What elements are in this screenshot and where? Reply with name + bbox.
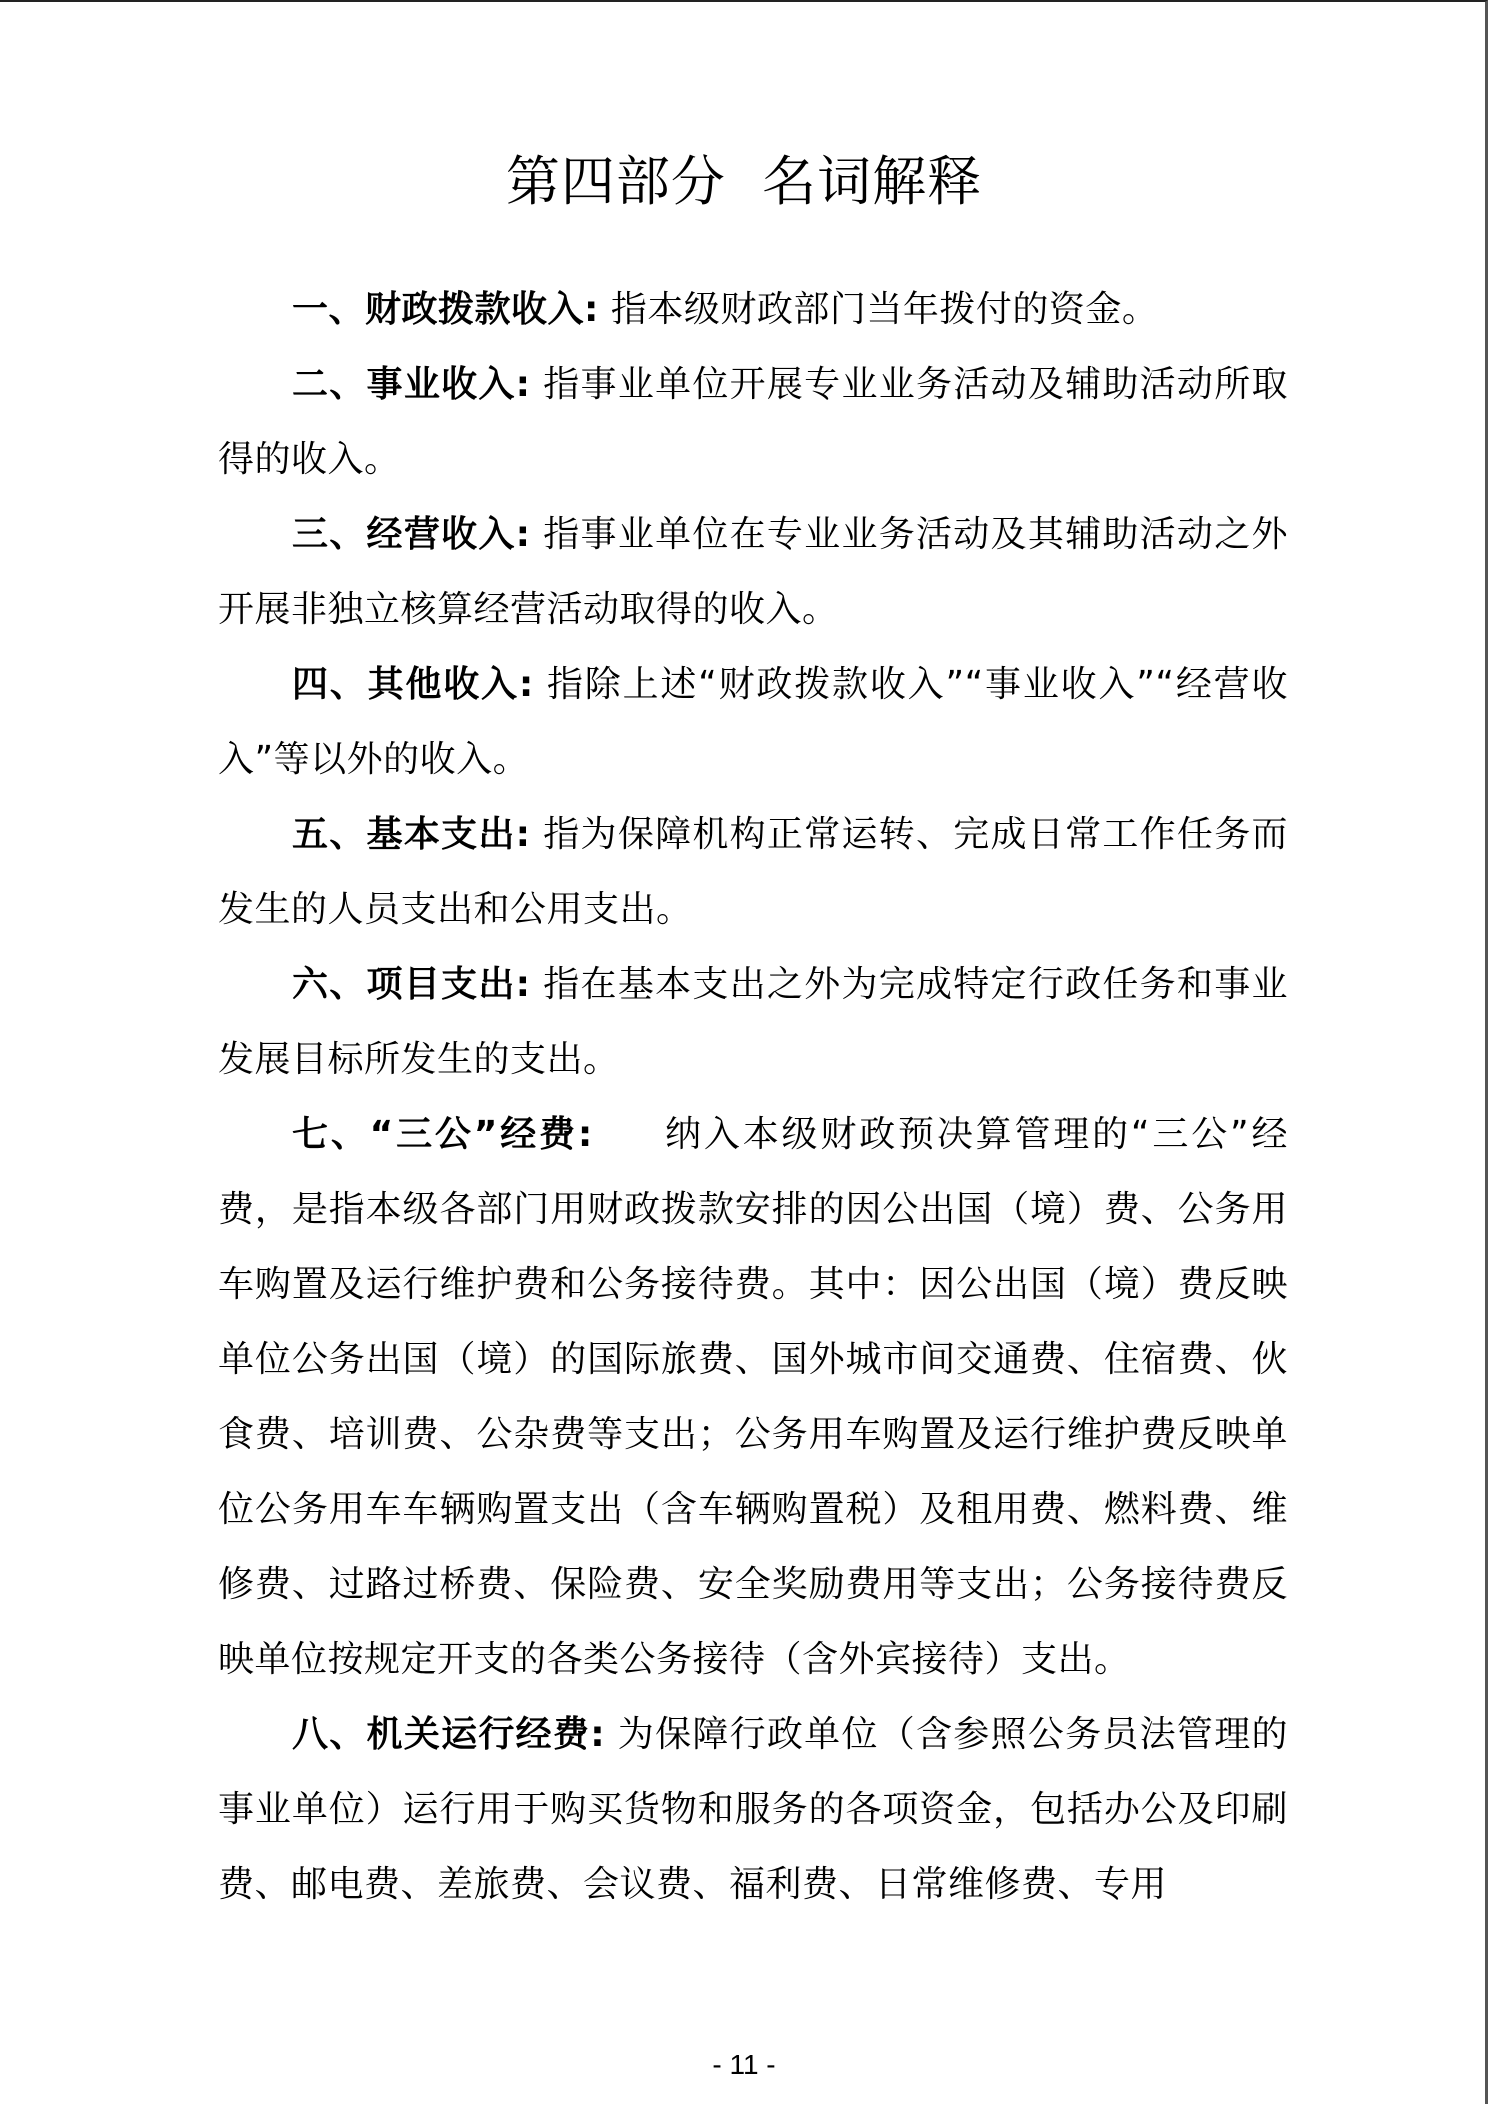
definition-item-1: 一、财政拨款收入: 指本级财政部门当年拨付的资金。 <box>218 272 1288 347</box>
definition-term: 四、其他收入: <box>292 664 534 705</box>
definition-term: 一、财政拨款收入: <box>292 289 599 330</box>
definitions-body: 一、财政拨款收入: 指本级财政部门当年拨付的资金。 二、事业收入: 指事业单位开… <box>218 272 1288 1922</box>
definition-item-5: 五、基本支出: 指为保障机构正常运转、完成日常工作任务而发生的人员支出和公用支出… <box>218 797 1288 947</box>
page-number: - 11 - <box>0 2045 1488 2085</box>
definition-item-7: 七、“三公”经费:纳入本级财政预决算管理的“三公”经费，是指本级各部门用财政拨款… <box>218 1097 1288 1697</box>
definition-item-4: 四、其他收入: 指除上述“财政拨款收入”“事业收入”“经营收入”等以外的收入。 <box>218 647 1288 797</box>
document-page: 第四部分 名词解释 一、财政拨款收入: 指本级财政部门当年拨付的资金。 二、事业… <box>0 0 1488 2104</box>
definition-item-2: 二、事业收入: 指事业单位开展专业业务活动及辅助活动所取得的收入。 <box>218 347 1288 497</box>
definition-item-3: 三、经营收入: 指事业单位在专业业务活动及其辅助活动之外开展非独立核算经营活动取… <box>218 497 1288 647</box>
definition-term: 五、基本支出: <box>292 814 531 855</box>
definition-term: 六、项目支出: <box>292 964 531 1005</box>
definition-text: 指本级财政部门当年拨付的资金。 <box>599 289 1158 330</box>
definition-text: 纳入本级财政预决算管理的“三公”经费，是指本级各部门用财政拨款安排的因公出国（境… <box>218 1114 1288 1680</box>
definition-item-6: 六、项目支出: 指在基本支出之外为完成特定行政任务和事业发展目标所发生的支出。 <box>218 947 1288 1097</box>
page-title: 第四部分 名词解释 <box>0 144 1488 220</box>
definition-term: 二、事业收入: <box>292 364 531 405</box>
definition-term: 七、“三公”经费: <box>292 1114 593 1155</box>
definition-item-8: 八、机关运行经费: 为保障行政单位（含参照公务员法管理的事业单位）运行用于购买货… <box>218 1697 1288 1922</box>
definition-term: 三、经营收入: <box>292 514 531 555</box>
definition-term: 八、机关运行经费: <box>292 1714 605 1755</box>
